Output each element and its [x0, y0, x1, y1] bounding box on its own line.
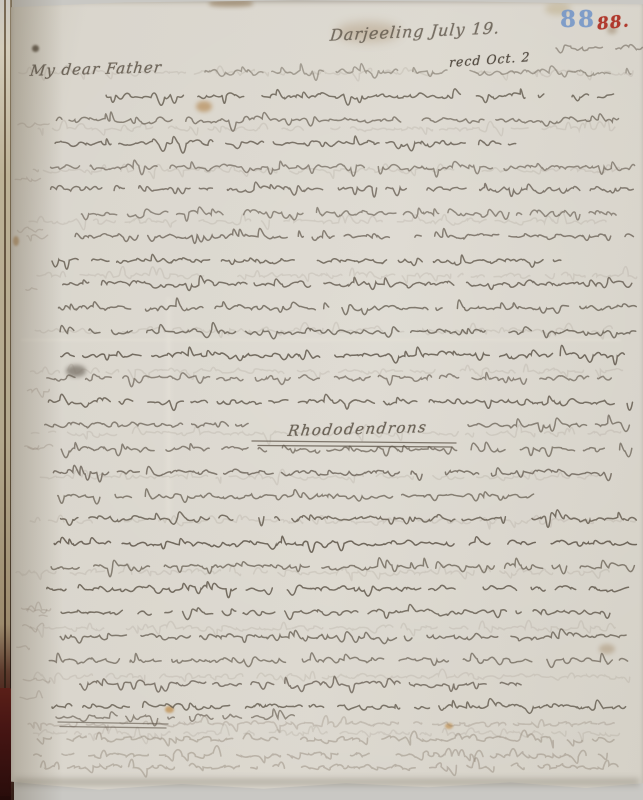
rhododendrons-underlined-word: Rhododendrons: [287, 418, 429, 440]
stain: [13, 236, 19, 246]
stain: [445, 723, 453, 729]
salutation-text: My dear Father: [29, 58, 163, 80]
page-bottom-shadow: [14, 778, 639, 786]
stain: [165, 706, 174, 713]
scanned-letter-page: 88 88. Darjeeling July 19. recd Oct. 2 M…: [0, 0, 643, 800]
archival-page-number-blue: 88: [560, 6, 596, 33]
ink-speck: [32, 45, 39, 52]
stain: [599, 644, 615, 654]
manuscript-page: [11, 0, 643, 800]
stain: [209, 0, 253, 7]
ink-blot: [66, 365, 86, 377]
paper-crease-vertical: [167, 298, 170, 523]
stain: [196, 101, 212, 112]
paper-crease-horizontal: [21, 339, 621, 341]
archival-page-number-red: 88.: [596, 11, 630, 34]
binding-crease-line: [4, 0, 6, 690]
binding-maroon-strip: [0, 688, 12, 796]
